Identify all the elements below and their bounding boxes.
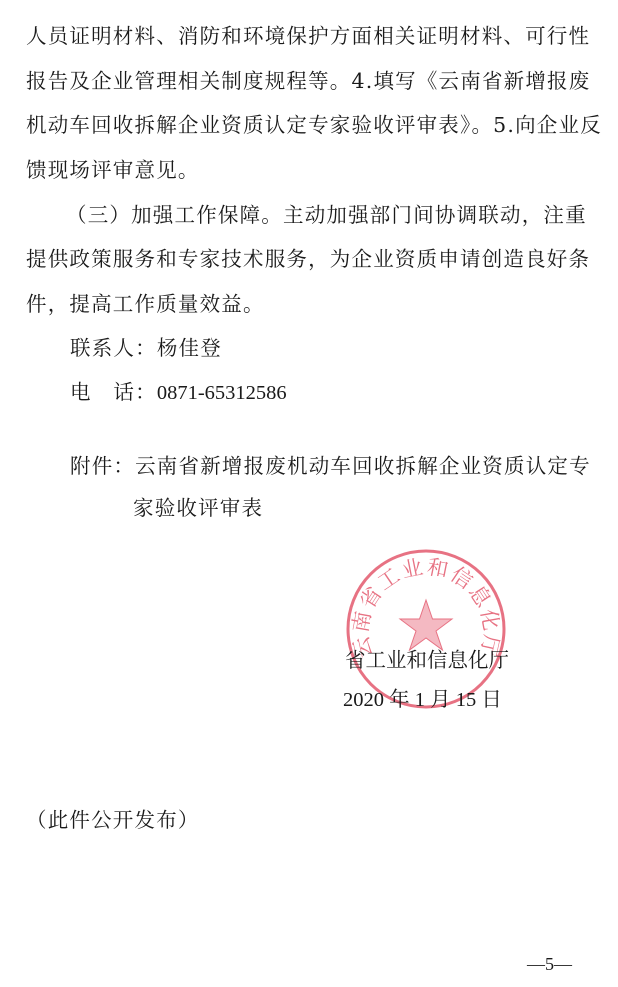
body-line-3: 机动车回收拆解企业资质认定专家验收评审表》。5.向企业反 bbox=[26, 113, 602, 137]
section-three-line-3: 件，提高工作质量效益。 bbox=[26, 292, 265, 316]
contact-phone-number: 0871-65312586 bbox=[157, 382, 287, 404]
body-line-2: 报告及企业管理相关制度规程等。4.填写《云南省新增报废 bbox=[26, 69, 590, 93]
official-seal: 云南省工业和信息化厅 bbox=[345, 548, 507, 710]
contact-person-name: 杨佳登 bbox=[157, 336, 222, 360]
attachment-line-2: 家验收评审表 bbox=[133, 496, 263, 520]
body-line-4: 馈现场评审意见。 bbox=[26, 158, 200, 182]
page-number: —5— bbox=[527, 953, 572, 975]
issuing-organization: 省工业和信息化厅 bbox=[345, 648, 509, 672]
disclosure-note: （此件公开发布） bbox=[26, 808, 200, 832]
attachment-line-1: 附件：云南省新增报废机动车回收拆解企业资质认定专 bbox=[70, 454, 591, 478]
attachment-title-part1: 云南省新增报废机动车回收拆解企业资质认定专 bbox=[135, 454, 591, 478]
section-three-line-1: （三）加强工作保障。主动加强部门间协调联动，注重 bbox=[66, 203, 587, 227]
star-icon bbox=[400, 600, 452, 650]
issue-date: 2020 年 1 月 15 日 bbox=[343, 688, 502, 712]
contact-person: 联系人：杨佳登 bbox=[70, 336, 222, 360]
contact-phone-label: 电 话： bbox=[70, 380, 157, 404]
body-line-1: 人员证明材料、消防和环境保护方面相关证明材料、可行性 bbox=[26, 24, 590, 48]
section-three-line-2: 提供政策服务和专家技术服务，为企业资质申请创造良好条 bbox=[26, 247, 590, 271]
attachment-label: 附件： bbox=[70, 454, 135, 478]
contact-phone: 电 话：0871-65312586 bbox=[70, 380, 287, 405]
contact-person-label: 联系人： bbox=[70, 336, 157, 360]
